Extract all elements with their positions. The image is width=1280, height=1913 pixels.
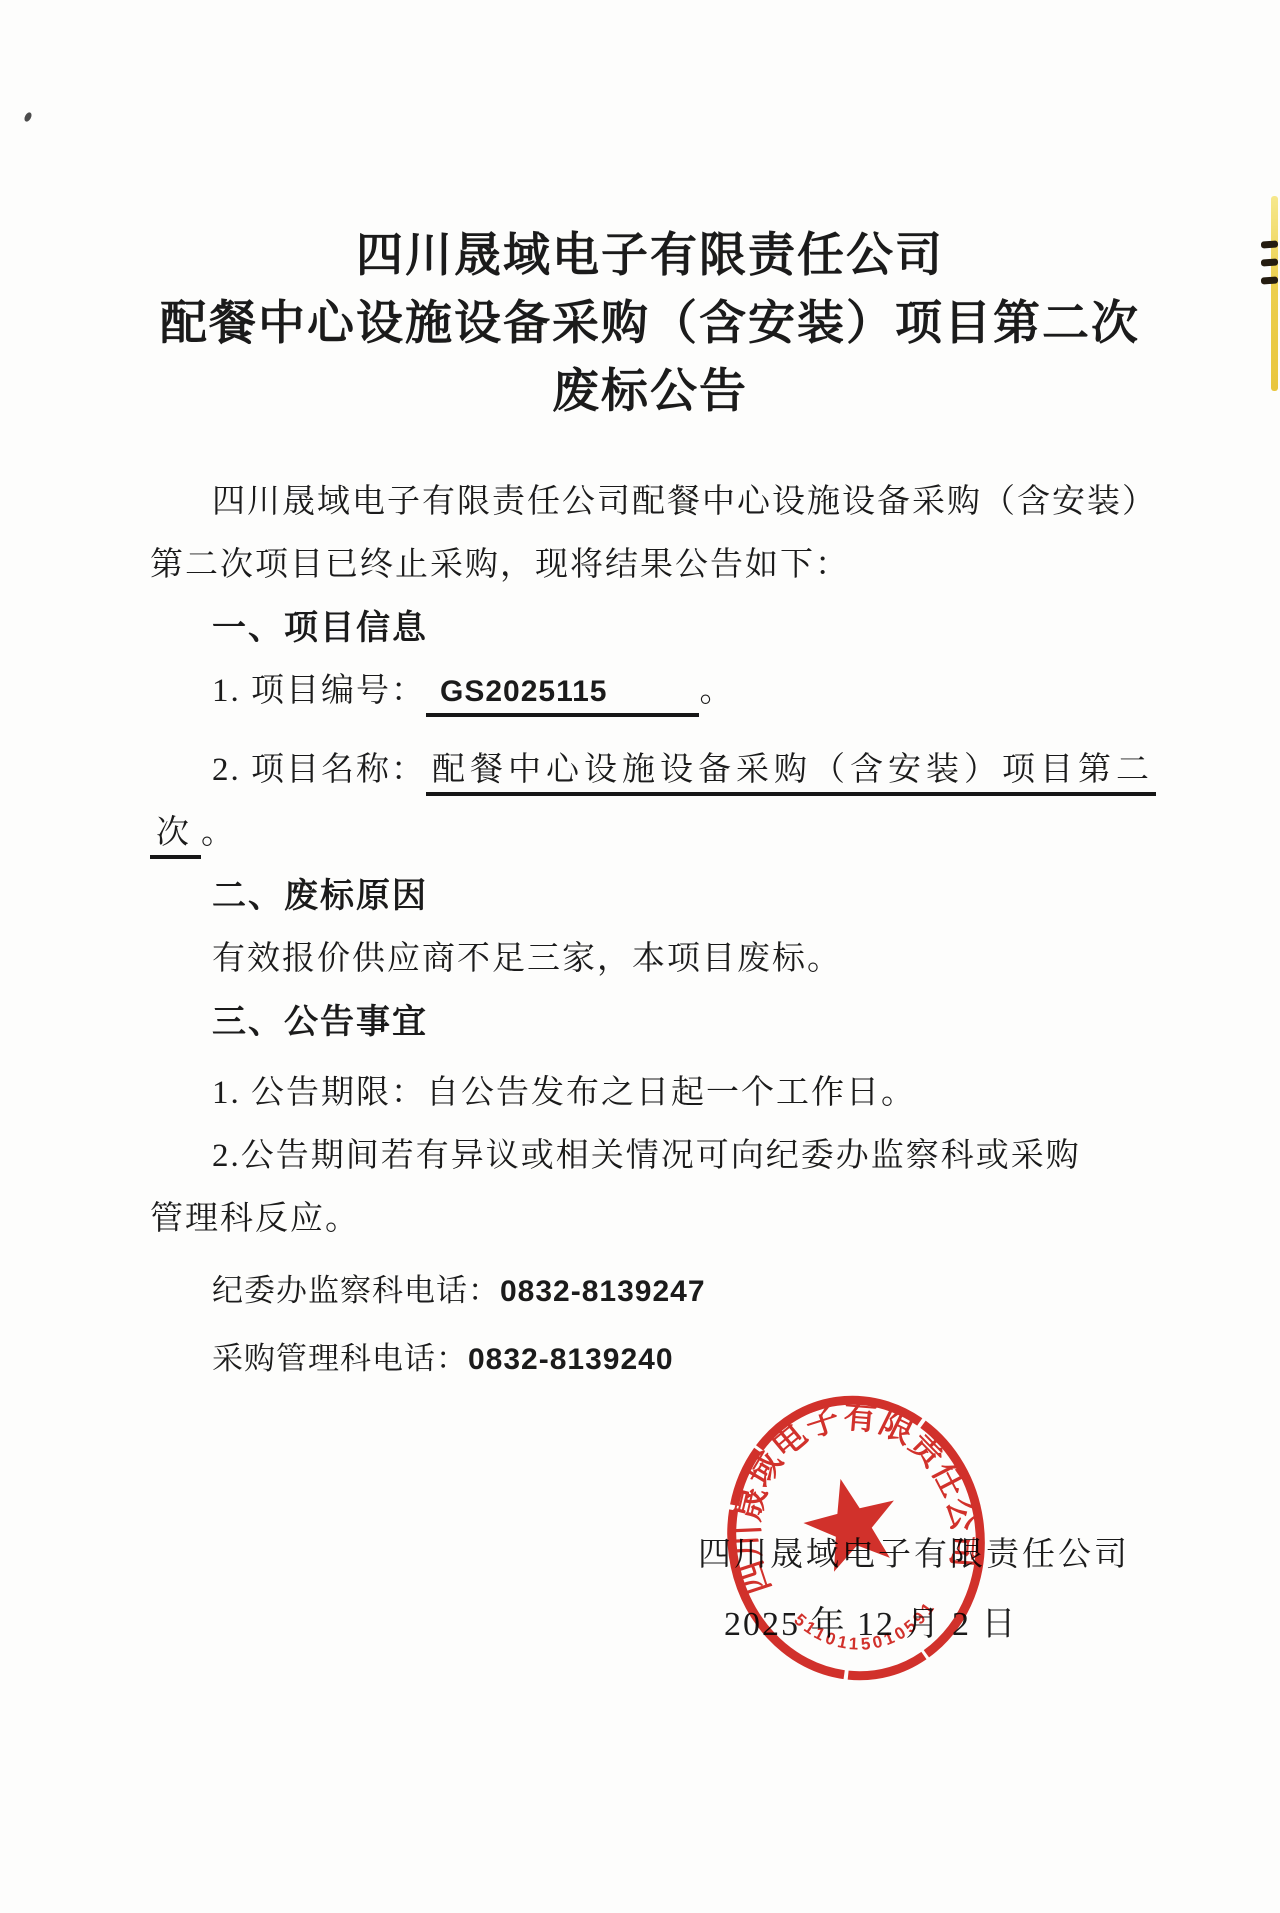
title-line-1: 四川晟域电子有限责任公司 — [150, 222, 1150, 290]
scan-edge-mark-2 — [1261, 258, 1278, 266]
project-name-value: 配餐中心设施设备采购（含安装）项目第二 — [426, 752, 1156, 796]
section1-heading: 一、项目信息 — [150, 597, 1150, 660]
phone-line-1: 纪委办监察科电话：0832-8139247 — [150, 1259, 1150, 1323]
title-line-2: 配餐中心设施设备采购（含安装）项目第二次 — [150, 290, 1150, 358]
scan-speck — [23, 111, 33, 123]
seal-ring-text: 四川晟域电子有限责任公司 — [714, 1382, 988, 1604]
project-number-line: 1. 项目编号：GS2025115。 — [150, 660, 1150, 723]
scanned-document-page: 四川晟域电子有限责任公司 配餐中心设施设备采购（含安装）项目第二次 废标公告 四… — [0, 0, 1280, 1913]
scan-edge-artifact — [1271, 196, 1278, 391]
project-name-line-2: 次。 — [150, 802, 1150, 865]
phone-1-label: 纪委办监察科电话： — [212, 1273, 500, 1308]
company-seal-stamp: 四川晟域电子有限责任公司 5110115010591 — [714, 1382, 1006, 1694]
objection-line-2: 管理科反应。 — [150, 1188, 1150, 1251]
section3-heading: 三、公告事宜 — [150, 991, 1150, 1054]
phone-1-number: 0832-8139247 — [500, 1275, 706, 1308]
intro-line-2: 第二次项目已终止采购，现将结果公告如下： — [150, 534, 1150, 597]
scan-edge-mark-3 — [1261, 276, 1278, 284]
phone-2-number: 0832-8139240 — [468, 1343, 674, 1376]
phone-2-label: 采购管理科电话： — [212, 1341, 468, 1376]
project-name-line-1: 2. 项目名称：配餐中心设施设备采购（含安装）项目第二 — [150, 739, 1150, 802]
document-title: 四川晟域电子有限责任公司 配餐中心设施设备采购（含安装）项目第二次 废标公告 — [150, 222, 1150, 426]
title-line-3: 废标公告 — [150, 358, 1150, 426]
objection-line-1: 2.公告期间若有异议或相关情况可向纪委办监察科或采购 — [150, 1125, 1150, 1188]
project-name-value-tail: 次 — [150, 815, 201, 859]
notice-period-line: 1. 公告期限：自公告发布之日起一个工作日。 — [150, 1062, 1150, 1125]
project-number-label: 1. 项目编号： — [212, 673, 426, 709]
section2-heading: 二、废标原因 — [150, 865, 1150, 928]
project-name-label: 2. 项目名称： — [212, 752, 426, 788]
svg-text:四川晟域电子有限责任公司: 四川晟域电子有限责任公司 — [714, 1382, 988, 1604]
project-number-period: 。 — [699, 673, 734, 709]
intro-line-1: 四川晟域电子有限责任公司配餐中心设施设备采购（含安装） — [150, 471, 1150, 534]
seal-star-icon — [795, 1468, 907, 1577]
project-name-period: 。 — [201, 815, 236, 851]
document-body: 四川晟域电子有限责任公司 配餐中心设施设备采购（含安装）项目第二次 废标公告 四… — [150, 0, 1150, 1391]
intro-paragraph: 四川晟域电子有限责任公司配餐中心设施设备采购（含安装） 第二次项目已终止采购，现… — [150, 471, 1150, 597]
section2-body: 有效报价供应商不足三家，本项目废标。 — [150, 928, 1150, 991]
scan-edge-mark-1 — [1261, 240, 1278, 248]
project-number-value: GS2025115 — [440, 675, 607, 708]
